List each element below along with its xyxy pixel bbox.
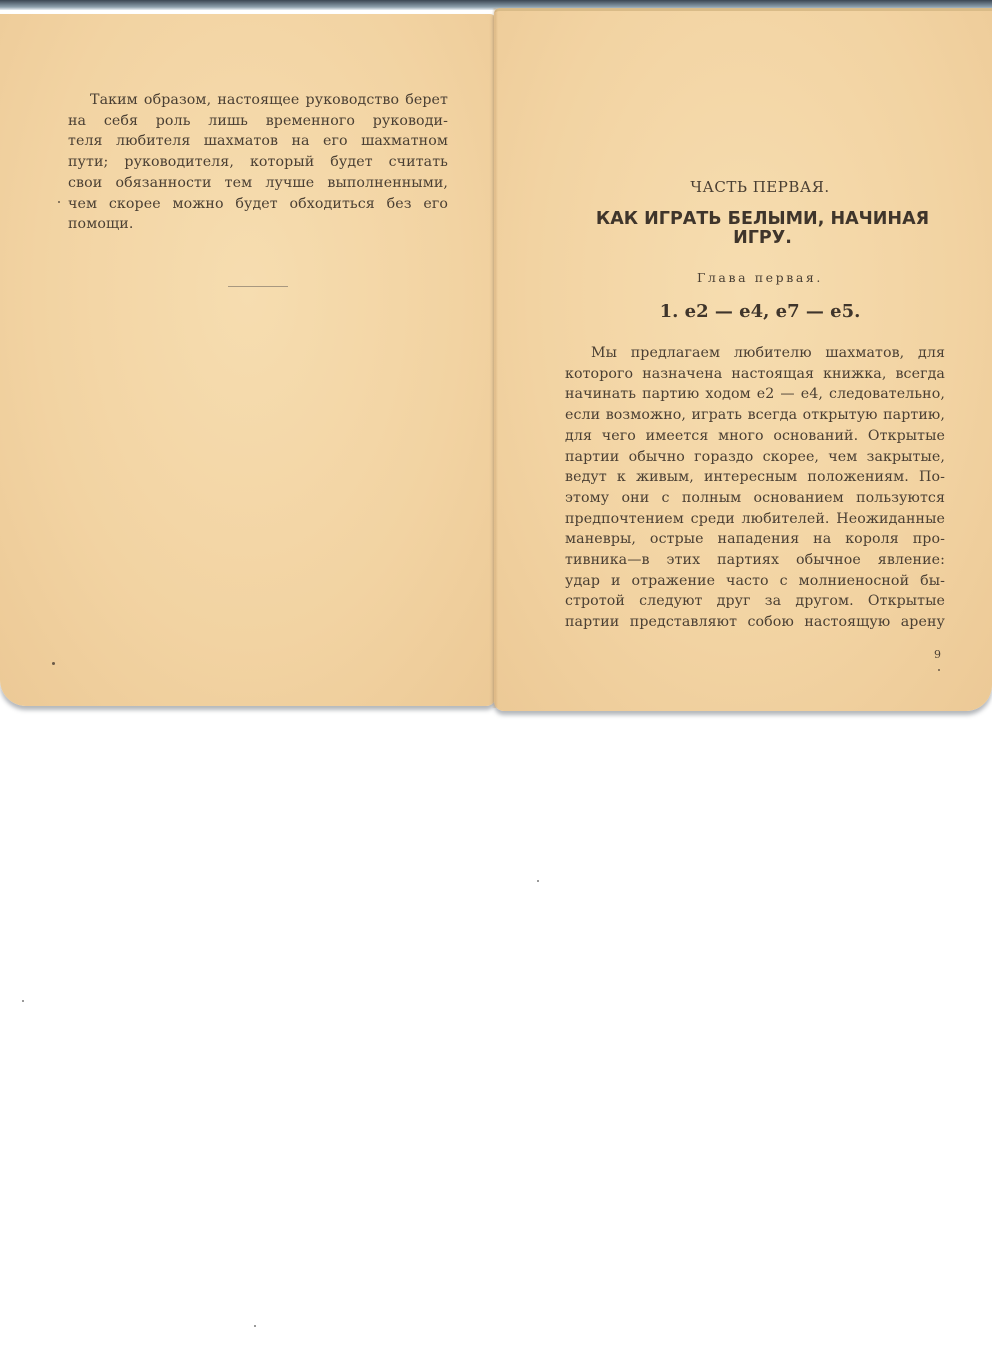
text-line: на себя роль лишь временного руководи- — [68, 111, 448, 132]
text-line: теля любителя шахматов на его шахматном — [68, 131, 448, 152]
page-number: 9 — [934, 648, 941, 661]
text-line: маневры, острые нападения на короля про- — [565, 529, 945, 550]
text-line: партии представляют собою настоящую арен… — [565, 612, 945, 633]
left-page: Таким образом, настоящее руководство бер… — [0, 14, 496, 706]
text-line: тивника—в этих партиях обычное явление: — [565, 550, 945, 571]
text-line: если возможно, играть всегда открытую па… — [565, 405, 945, 426]
move-title: 1. e2 — e4, e7 — e5. — [560, 301, 960, 322]
left-page-paragraph: Таким образом, настоящее руководство бер… — [68, 90, 448, 235]
right-page-paragraph: Мы предлагаем любителю шахматов, для кот… — [565, 343, 945, 633]
scan-dust — [22, 1000, 24, 1002]
text-line: начинать партию ходом e2 — e4, следовате… — [565, 384, 945, 405]
text-line: пути; руководителя, который будет считат… — [68, 152, 448, 173]
book-gutter — [492, 8, 498, 708]
book-spread: Таким образом, настоящее руководство бер… — [0, 8, 992, 708]
scan-dust — [254, 1325, 256, 1327]
text-line: ведут к живым, интересным положениям. По… — [565, 467, 945, 488]
paper-speck — [52, 662, 55, 665]
text-line: Мы предлагаем любителю шахматов, для — [565, 343, 945, 364]
section-title: КАК ИГРАТЬ БЕЛЫМИ, НАЧИНАЯ ИГРУ. — [575, 210, 950, 248]
text-line: партии обычно гораздо скорее, чем закрыт… — [565, 447, 945, 468]
paper-speck — [58, 201, 60, 203]
text-line: стротой следуют друг за другом. Открытые — [565, 591, 945, 612]
text-line: помощи. — [68, 214, 448, 235]
text-line: удар и отражение часто с молниеносной бы… — [565, 571, 945, 592]
paper-speck — [938, 669, 940, 671]
text-line: этому они с полным основанием пользуются — [565, 488, 945, 509]
section-divider — [228, 286, 288, 287]
text-line: которого назначена настоящая книжка, все… — [565, 364, 945, 385]
text-line: предпочтением среди любителей. Неожиданн… — [565, 509, 945, 530]
part-title: ЧАСТЬ ПЕРВАЯ. — [560, 178, 960, 196]
text-line: свои обязанности тем лучше выполненными, — [68, 173, 448, 194]
chapter-title: Глава первая. — [560, 270, 960, 285]
text-line: чем скорее можно будет обходиться без ег… — [68, 194, 448, 215]
text-line: Таким образом, настоящее руководство бер… — [68, 90, 448, 111]
scan-dust — [537, 880, 539, 882]
text-line: для чего имеется много оснований. Открыт… — [565, 426, 945, 447]
